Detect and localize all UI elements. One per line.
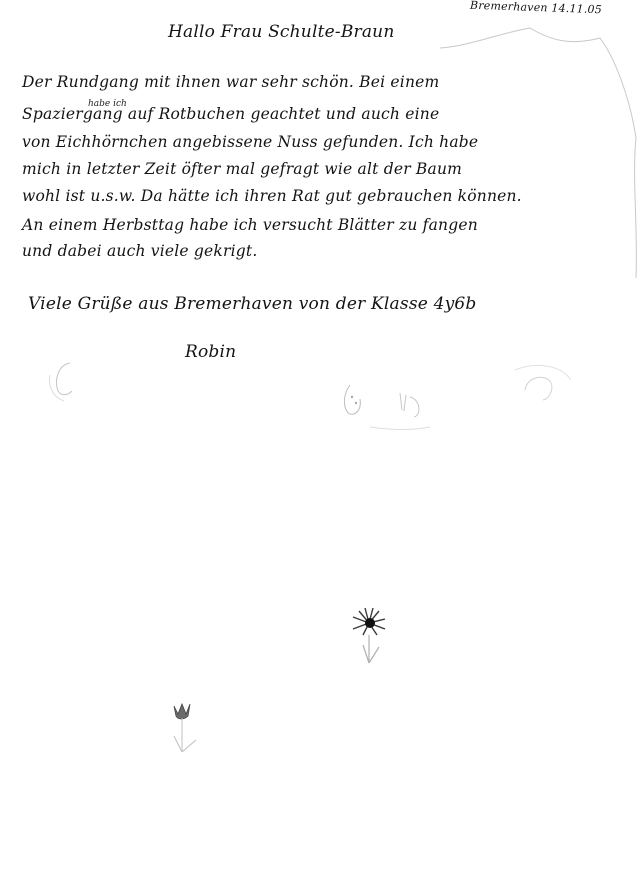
body-line-6: An einem Herbsttag habe ich versucht Blä… <box>22 216 478 234</box>
flower-sketch-large-icon <box>345 605 395 675</box>
faint-circle-sketch-right-icon <box>505 360 575 410</box>
body-line-1: Der Rundgang mit ihnen war sehr schön. B… <box>22 73 439 91</box>
body-line-7: und dabei auch viele gekrigt. <box>22 242 257 260</box>
faint-circle-sketch-left-icon <box>40 355 100 405</box>
signature: Robin <box>185 342 236 362</box>
flower-sketch-small-icon <box>168 700 208 760</box>
body-line-5: wohl ist u.s.w. Da hätte ich ihren Rat g… <box>22 187 522 205</box>
body-line-3: von Eichhörnchen angebissene Nuss gefund… <box>22 133 478 151</box>
date-line: Bremerhaven 14.11.05 <box>470 0 602 16</box>
faint-face-sketch-icon <box>330 375 440 435</box>
body-line-4: mich in letzter Zeit öfter mal gefragt w… <box>22 160 462 178</box>
body-line-2: Spaziergang auf Rotbuchen geachtet und a… <box>22 105 439 123</box>
closing-line: Viele Grüße aus Bremerhaven von der Klas… <box>28 294 477 314</box>
greeting: Hallo Frau Schulte-Braun <box>168 22 394 42</box>
